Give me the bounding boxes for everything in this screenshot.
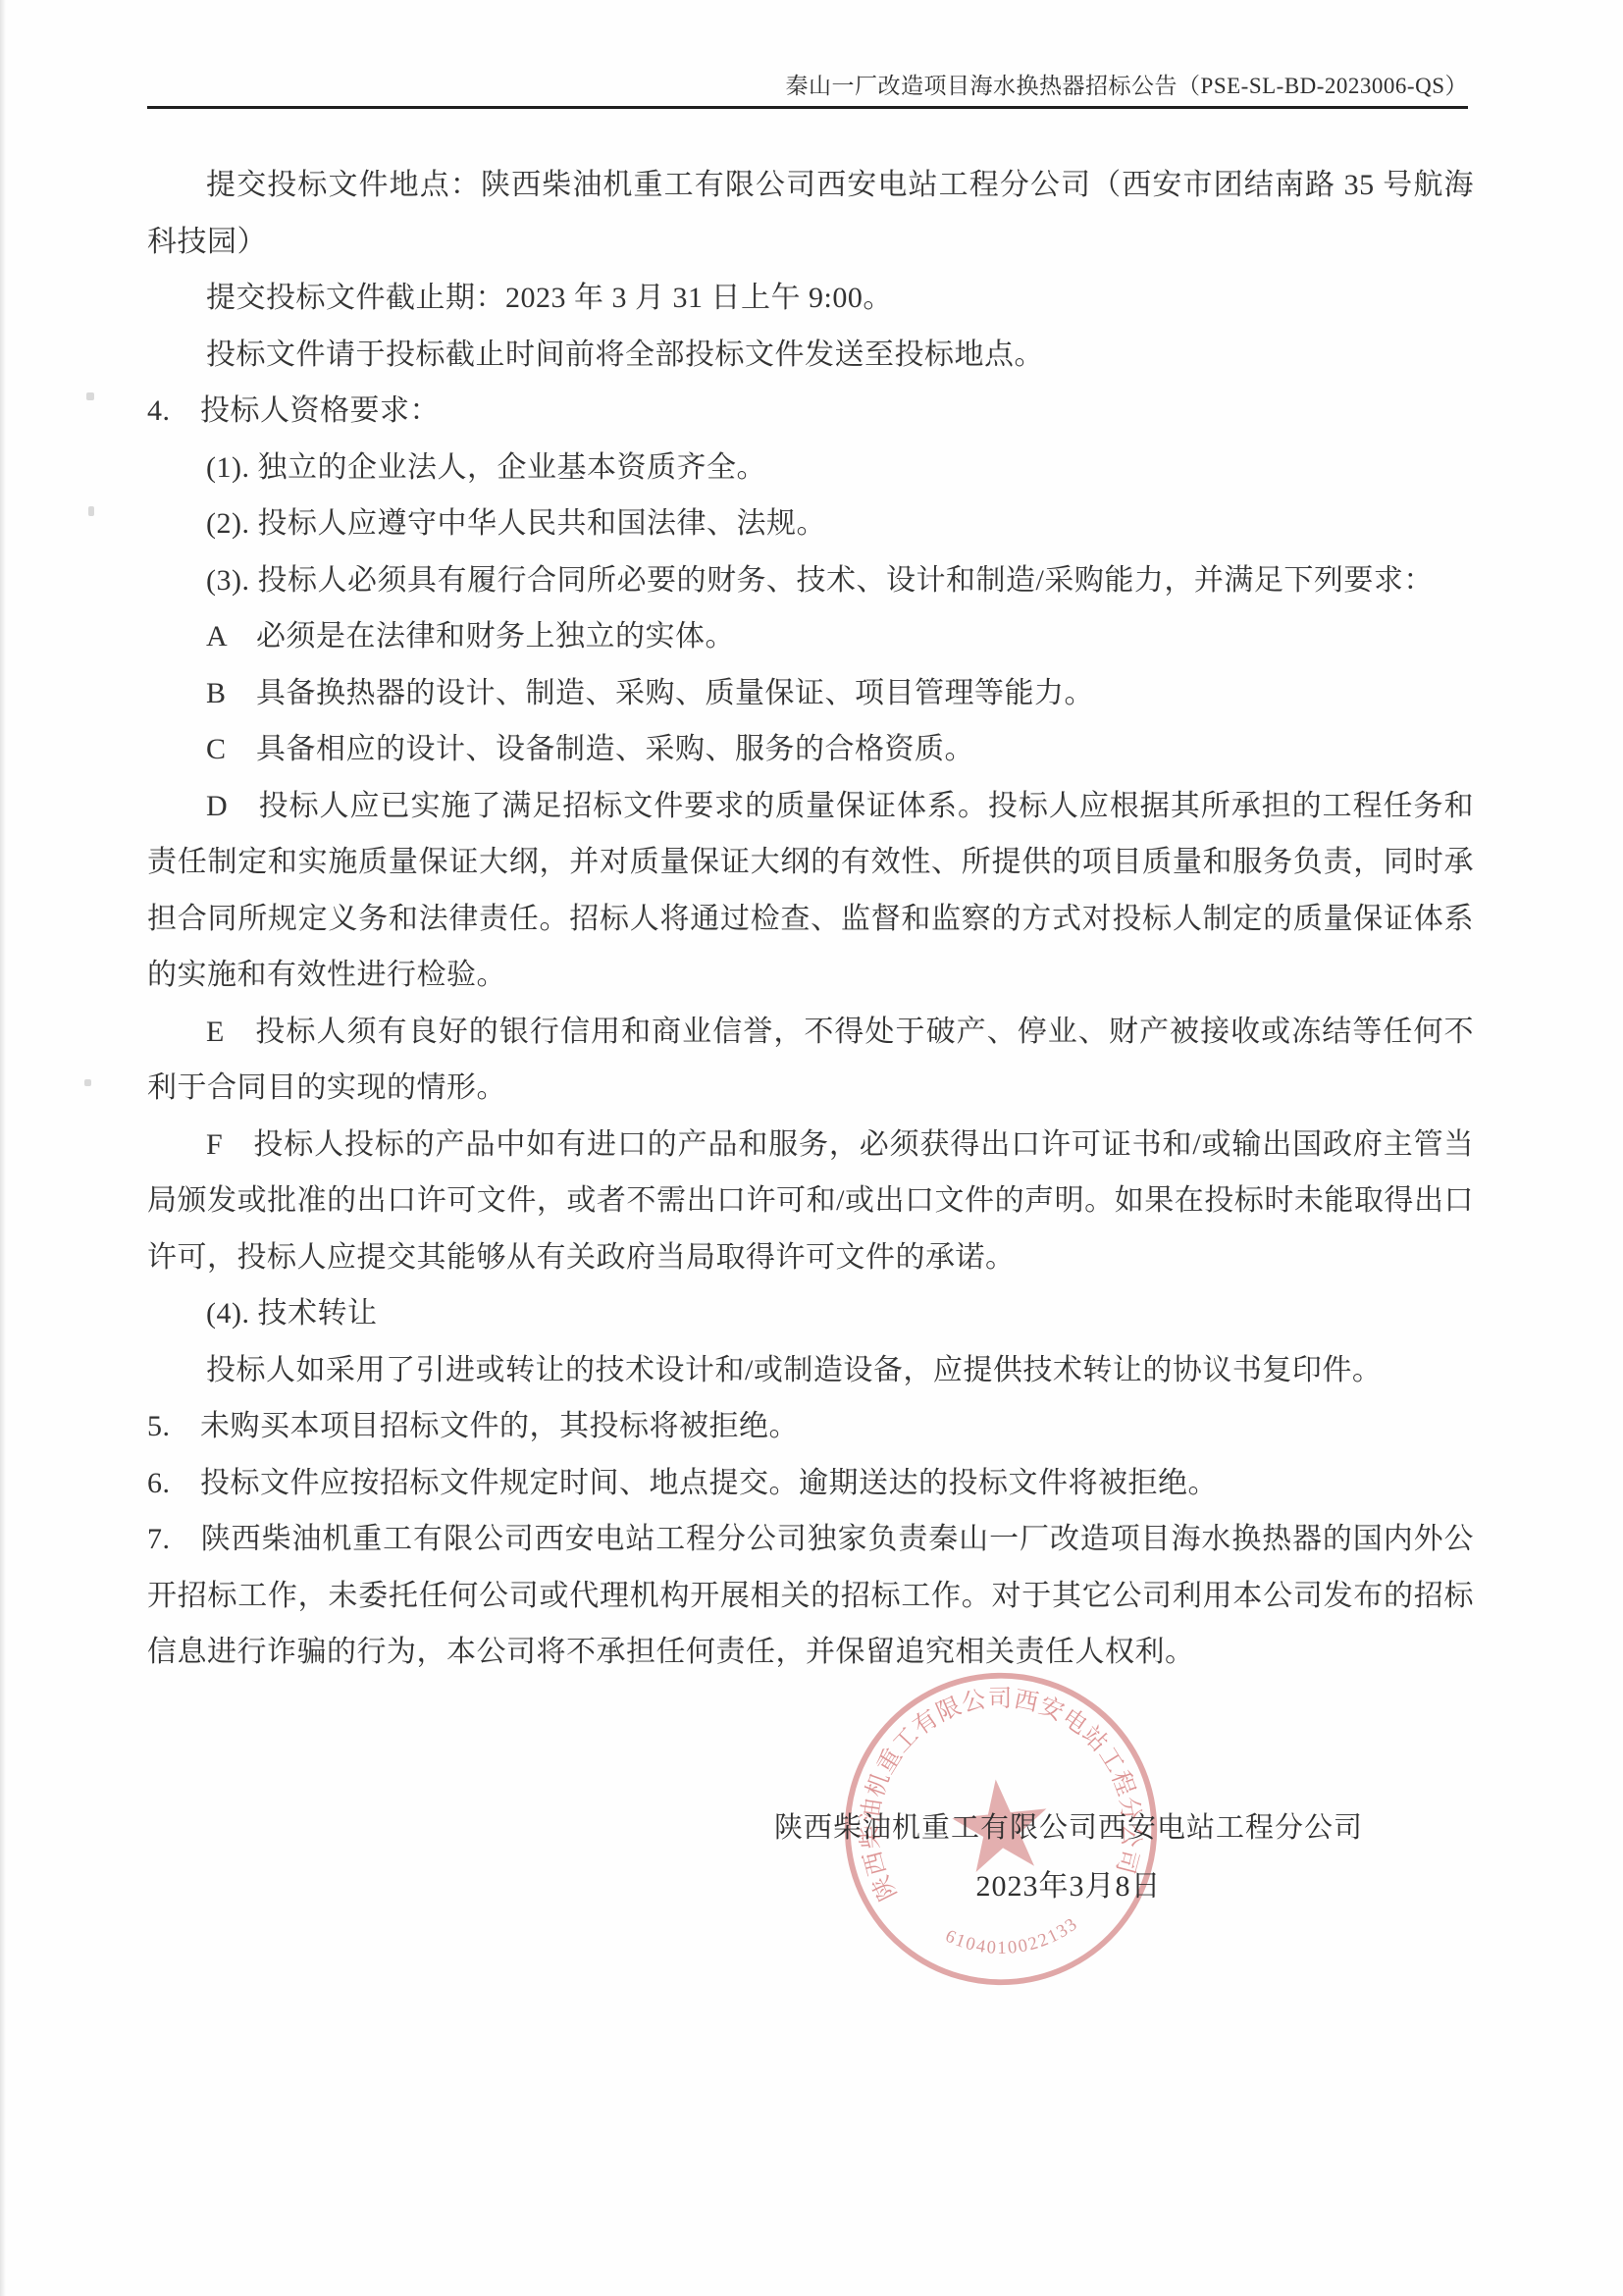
- header-rule: [147, 106, 1468, 109]
- paragraph-send-before-deadline: 投标文件请于投标截止时间前将全部投标文件发送至投标地点。: [147, 327, 1474, 384]
- item-e-credit-reputation: E 投标人须有良好的银行信用和商业信誉，不得处于破产、停业、财产被接收或冻结等任…: [147, 1004, 1474, 1117]
- page-header-title: 秦山一厂改造项目海水换热器招标公告（PSE-SL-BD-2023006-QS）: [786, 71, 1468, 102]
- item-d-quality-assurance: D 投标人应已实施了满足招标文件要求的质量保证体系。投标人应根据其所承担的工程任…: [147, 778, 1474, 1004]
- subitem-4-tech-transfer: (4). 技术转让: [147, 1285, 1474, 1342]
- scan-speck: [86, 392, 94, 400]
- svg-text:6104010022133: 6104010022133: [940, 1912, 1084, 1965]
- stamp-serial-number: 6104010022133: [940, 1912, 1084, 1965]
- item-b-heat-exchanger-capability: B 具备换热器的设计、制造、采购、质量保证、项目管理等能力。: [147, 665, 1474, 722]
- signature-company-name: 陕西柴油机重工有限公司西安电站工程分公司: [774, 1805, 1363, 1851]
- item-4-bidder-qualification: 4. 投标人资格要求：: [147, 383, 1474, 440]
- paragraph-submit-location: 提交投标文件地点：陕西柴油机重工有限公司西安电站工程分公司（西安市团结南路 35…: [147, 157, 1474, 270]
- item-7-exclusive-tendering: 7. 陕西柴油机重工有限公司西安电站工程分公司独家负责秦山一厂改造项目海水换热器…: [147, 1511, 1474, 1681]
- paragraph-submit-deadline: 提交投标文件截止期：2023 年 3 月 31 日上午 9:00。: [147, 270, 1474, 327]
- scan-speck: [88, 506, 94, 516]
- item-6-late-submission-rejected: 6. 投标文件应按招标文件规定时间、地点提交。逾期送达的投标文件将被拒绝。: [147, 1455, 1474, 1512]
- item-5-no-purchase-rejected: 5. 未购买本项目招标文件的，其投标将被拒绝。: [147, 1398, 1474, 1455]
- item-f-export-license: F 投标人投标的产品中如有进口的产品和服务，必须获得出口许可证书和/或输出国政府…: [147, 1117, 1474, 1286]
- scan-speck: [84, 1079, 91, 1086]
- subitem-2-obey-law: (2). 投标人应遵守中华人民共和国法律、法规。: [147, 496, 1474, 552]
- document-page: 秦山一厂改造项目海水换热器招标公告（PSE-SL-BD-2023006-QS） …: [0, 0, 1623, 2296]
- subitem-3-capability: (3). 投标人必须具有履行合同所必要的财务、技术、设计和制造/采购能力，并满足…: [147, 552, 1474, 609]
- subitem-1-legal-entity: (1). 独立的企业法人，企业基本资质齐全。: [147, 440, 1474, 496]
- item-a-independent-entity: A 必须是在法律和财务上独立的实体。: [147, 608, 1474, 665]
- signature-block: 陕西柴油机重工有限公司西安电站工程分公司 2023年3月8日: [774, 1805, 1363, 1909]
- item-c-qualified-credentials: C 具备相应的设计、设备制造、采购、服务的合格资质。: [147, 721, 1474, 778]
- scan-edge-shadow: [0, 0, 6, 2296]
- paragraph-tech-transfer-agreement: 投标人如采用了引进或转让的技术设计和/或制造设备，应提供技术转让的协议书复印件。: [147, 1342, 1474, 1399]
- signature-date: 2023年3月8日: [774, 1864, 1363, 1909]
- document-body: 提交投标文件地点：陕西柴油机重工有限公司西安电站工程分公司（西安市团结南路 35…: [147, 157, 1474, 1681]
